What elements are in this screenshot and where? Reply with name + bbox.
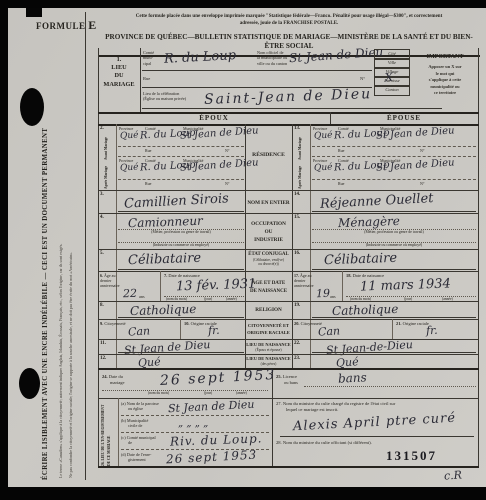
s1-no-label: N° [360,76,365,82]
bride-apres-label: Après Mariage [298,161,302,189]
corner-note: c.R [444,469,463,481]
groom-ap-line [118,179,244,180]
minister-signature[interactable]: Alexis April ptre curé [293,412,457,434]
groom-etat-line [118,269,244,270]
formule-letter: E [88,18,97,32]
reg-c-label: (c) Comté municipal de [121,435,156,446]
groom-age-label: 6. Âge au dernier anniversaire [100,273,120,288]
groom-citizenship[interactable]: Can [128,325,151,337]
bride-rel-line [312,317,476,318]
bride-occupation[interactable]: Ménagère [338,215,400,229]
bride-name[interactable]: Réjeanne Ouellet [320,192,434,211]
signature-line [280,436,474,437]
row8-num: 8. [100,303,104,309]
bride-dob[interactable]: 11 mars 1934 [360,277,451,293]
groom-age-divider [160,271,161,301]
bride-birth-line [312,352,476,353]
row7-bottom [98,301,479,302]
s1-comte-value: R. du Loup [164,49,237,66]
groom-dob-label: 7. Date de naissance [164,273,200,279]
groom-av-line [118,146,244,147]
row5-bottom [98,271,479,272]
groom-cit-label: 9. Citoyenneté [100,321,126,327]
groom-ap-no: N° [225,181,230,186]
groom-rel-line [118,317,244,318]
bride-father-birthplace[interactable]: Qué [336,356,359,369]
groom-origin[interactable]: fr. [208,325,220,337]
row5-num: 5. [100,251,104,257]
bride-name-line [312,211,476,212]
s1-num: 1. [99,56,139,64]
reg-parish-value[interactable]: St Jean de Dieu [168,399,255,415]
bride-cit-divider [392,319,393,339]
bride-marital-status[interactable]: Célibataire [324,252,397,268]
bride-ap-line [312,179,476,180]
bride-occ-sub1: (Métier, profession ou genre de travail) [312,230,476,235]
reg-b-label: (b) Municipalité civile de [121,418,148,429]
reg-a-label: (a) Nom de la paroisse ou église [121,401,159,412]
bride-orig-label: 21. Origine raciale [396,321,429,327]
row22-num: 22. [294,341,300,347]
groom-name[interactable]: Camillien Sirois [124,192,229,210]
date-sub1: (nom du mois) [148,391,169,395]
reg-a-line [121,415,269,416]
s1-nom-label: Nom officiel de la municipalité ou ville… [257,50,287,66]
date-label: 24. Date du mariage [102,374,125,385]
bride-age[interactable]: 19 [316,288,330,299]
bride-age-label: 17. Âge au dernier anniversaire [294,273,314,288]
scanned-marriage-bulletin: FORMULE E ÉCRIRE LISIBLEMENT AVEC UNE EN… [0,0,486,500]
groom-occupation[interactable]: Camionneur [128,215,203,230]
bride-etat-line [312,269,476,270]
residence-mid-label: RÉSIDENCE [245,152,292,159]
groom-ap-rue: Rue [145,181,151,186]
bride-occ-sub2: (Industrie ou commerce où employé) [312,243,476,248]
age-mid-label: ÂGE ET DATE DE NAISSANCE [245,280,292,295]
groom-occ-sub1: (Métier, profession ou genre de travail) [118,230,244,235]
licence-label: 25. Licence ou bans [276,374,298,385]
groom-name-line [118,211,244,212]
reg-vertical-label-2: DE CE MARIAGE [107,400,112,466]
bride-citizenship[interactable]: Can [318,325,341,337]
form-left-border [98,48,99,468]
minister-28-label: 28. Nom du ministre du culte officiant (… [276,440,372,446]
reg-minister-divider [272,398,273,468]
groom-birth-line [118,352,244,353]
groom-ans: ans [139,294,145,299]
reg-vertical-label-1: 26. LIEU DE L'EN-REGISTREMENT [101,400,106,466]
groom-religion[interactable]: Catholique [130,303,197,317]
postal-notice-line1: Cette formule placée dans une enveloppe … [100,13,478,20]
bride-av-rue: Rue [338,148,344,153]
formule-word: FORMULE [36,21,86,31]
birth2-mid-label: LIEU DE NAISSANCE (des pères) [245,356,292,366]
bride-numcol-divider [310,124,311,368]
margin-fine-print-a: Le terme «Canadien» s'applique à la cito… [58,128,63,478]
epoux-header: ÉPOUX [98,114,330,123]
reg-d-label: (d) Date de l'enre- gistrement [121,452,151,463]
form-bottom-rule [98,466,479,468]
row4-num: 4. [100,215,104,221]
bride-dob-label: 18. Date de naissance [346,273,384,279]
margin-divider [85,12,86,480]
row12-num: 12. [100,356,106,362]
bride-ap-province[interactable]: Qué [314,164,333,174]
reg-label-divider [118,398,119,468]
bride-origin[interactable]: fr. [426,325,438,337]
groom-cit-divider [180,319,181,339]
reg-municipality-value[interactable]: „ „ „ „ [178,419,208,429]
date-sub2: (jour) [204,391,212,395]
s1-line1 [142,70,372,71]
reg-county-value[interactable]: Riv. du Loup. [170,432,263,447]
birth1-mid-label: LIEU DE NAISSANCE (Époux et épouse) [245,342,292,352]
reg-date-value[interactable]: 26 sept 1953 [166,449,258,466]
row11-num: 11. [100,341,106,347]
important-title: IMPORTANT [414,54,476,62]
bride-av-line [312,146,476,147]
row23-num: 23. [294,356,300,362]
occupation-mid-label: OCCUPATION OU INDUSTRIE [245,221,292,244]
groom-avant-label: Avant Mariage [104,132,108,160]
row10-bottom [98,339,479,340]
citizenship-mid-label: CITOYENNETÉ ET ORIGINE RACIALE [245,323,292,337]
punch-hole-bottom [19,368,40,399]
row19-num: 19. [294,303,300,309]
registration-stamp-number: 131507 [386,448,437,464]
bride-ap-no: N° [420,181,425,186]
row3-bottom [98,213,479,214]
row8-bottom [98,319,479,320]
marriage-date[interactable]: 26 sept 1953 [160,368,277,388]
bride-avant-label: Avant Mariage [298,132,302,160]
s1-rue-label: Rue [143,76,150,82]
row3-num: 3. [100,192,104,198]
s1-label: 1. LIEU DU MARIAGE [99,56,139,89]
groom-father-birthplace[interactable]: Qué [138,356,161,369]
groom-av-province[interactable]: Qué [120,132,139,142]
margin-fine-print-b: Ne pas confondre la citoyenneté et l'ori… [68,128,73,478]
bride-ans: ans [330,294,336,299]
licence-value[interactable]: bans [338,371,367,384]
paper-sheet: FORMULE E ÉCRIRE LISIBLEMENT AVEC UNE EN… [8,8,486,487]
groom-occ-sub2: (Industrie ou commerce où employé) [118,243,244,248]
formule-label: FORMULE E [36,18,97,33]
scan-notch [26,8,42,17]
form-right-border [478,48,479,468]
paroisse-x-mark: X [384,72,393,84]
religion-mid-label: RELIGION [245,307,292,314]
groom-age[interactable]: 22 [123,288,137,299]
s1-comte-label: Comté muni- cipal [143,50,154,66]
bride-av-no: N° [420,148,425,153]
bride-av-province[interactable]: Qué [314,132,333,142]
checkbox-canton[interactable]: Canton [374,85,410,96]
groom-apres-label: Après Mariage [104,161,108,189]
postal-notice: Cette formule placée dans une enveloppe … [100,13,478,27]
name-mid-label: NOM EN ENTIER [245,200,292,207]
midcol-right-divider [292,124,293,368]
row16-num: 16. [294,251,300,257]
margin-vertical-title: ÉCRIRE LISIBLEMENT AVEC UNE ENCRE INDÉLÉ… [42,56,50,480]
bride-ap-rue: Rue [338,181,344,186]
bride-age-divider [342,271,343,301]
postal-notice-line2: adressée, jouie de la FRANCHISE POSTALE. [100,20,478,27]
groom-numcol-divider [116,124,117,368]
bride-religion[interactable]: Catholique [332,303,399,317]
row4-bottom [98,249,479,250]
groom-av-rue-line [118,156,244,157]
important-body: Apposer un X sur le mot qui s'applique à… [414,64,476,97]
row14-num: 14. [294,192,300,198]
punch-hole-top [20,88,44,126]
groom-marital-status[interactable]: Célibataire [128,252,201,268]
s1-label-divider [140,48,141,112]
groom-av-no: N° [225,148,230,153]
s1-celebration-value: Saint-Jean de Dieu [204,87,373,107]
row24-bottom [98,398,479,399]
epouse-header: ÉPOUSE [330,114,478,123]
s1-celebration-label: Lieu de la célébration (Église ou maison… [143,91,186,102]
row15-num: 15. [294,215,300,221]
row12-bottom [98,368,479,370]
groom-ap-province[interactable]: Qué [120,164,139,174]
groom-av-rue: Rue [145,148,151,153]
s1-line3 [142,108,442,109]
licence-line [304,386,476,387]
date-sub3: (année) [236,391,247,395]
etat-mid-label: ÉTAT CONJUGAL (Célibataire, veuf(ve) ou … [245,252,292,267]
